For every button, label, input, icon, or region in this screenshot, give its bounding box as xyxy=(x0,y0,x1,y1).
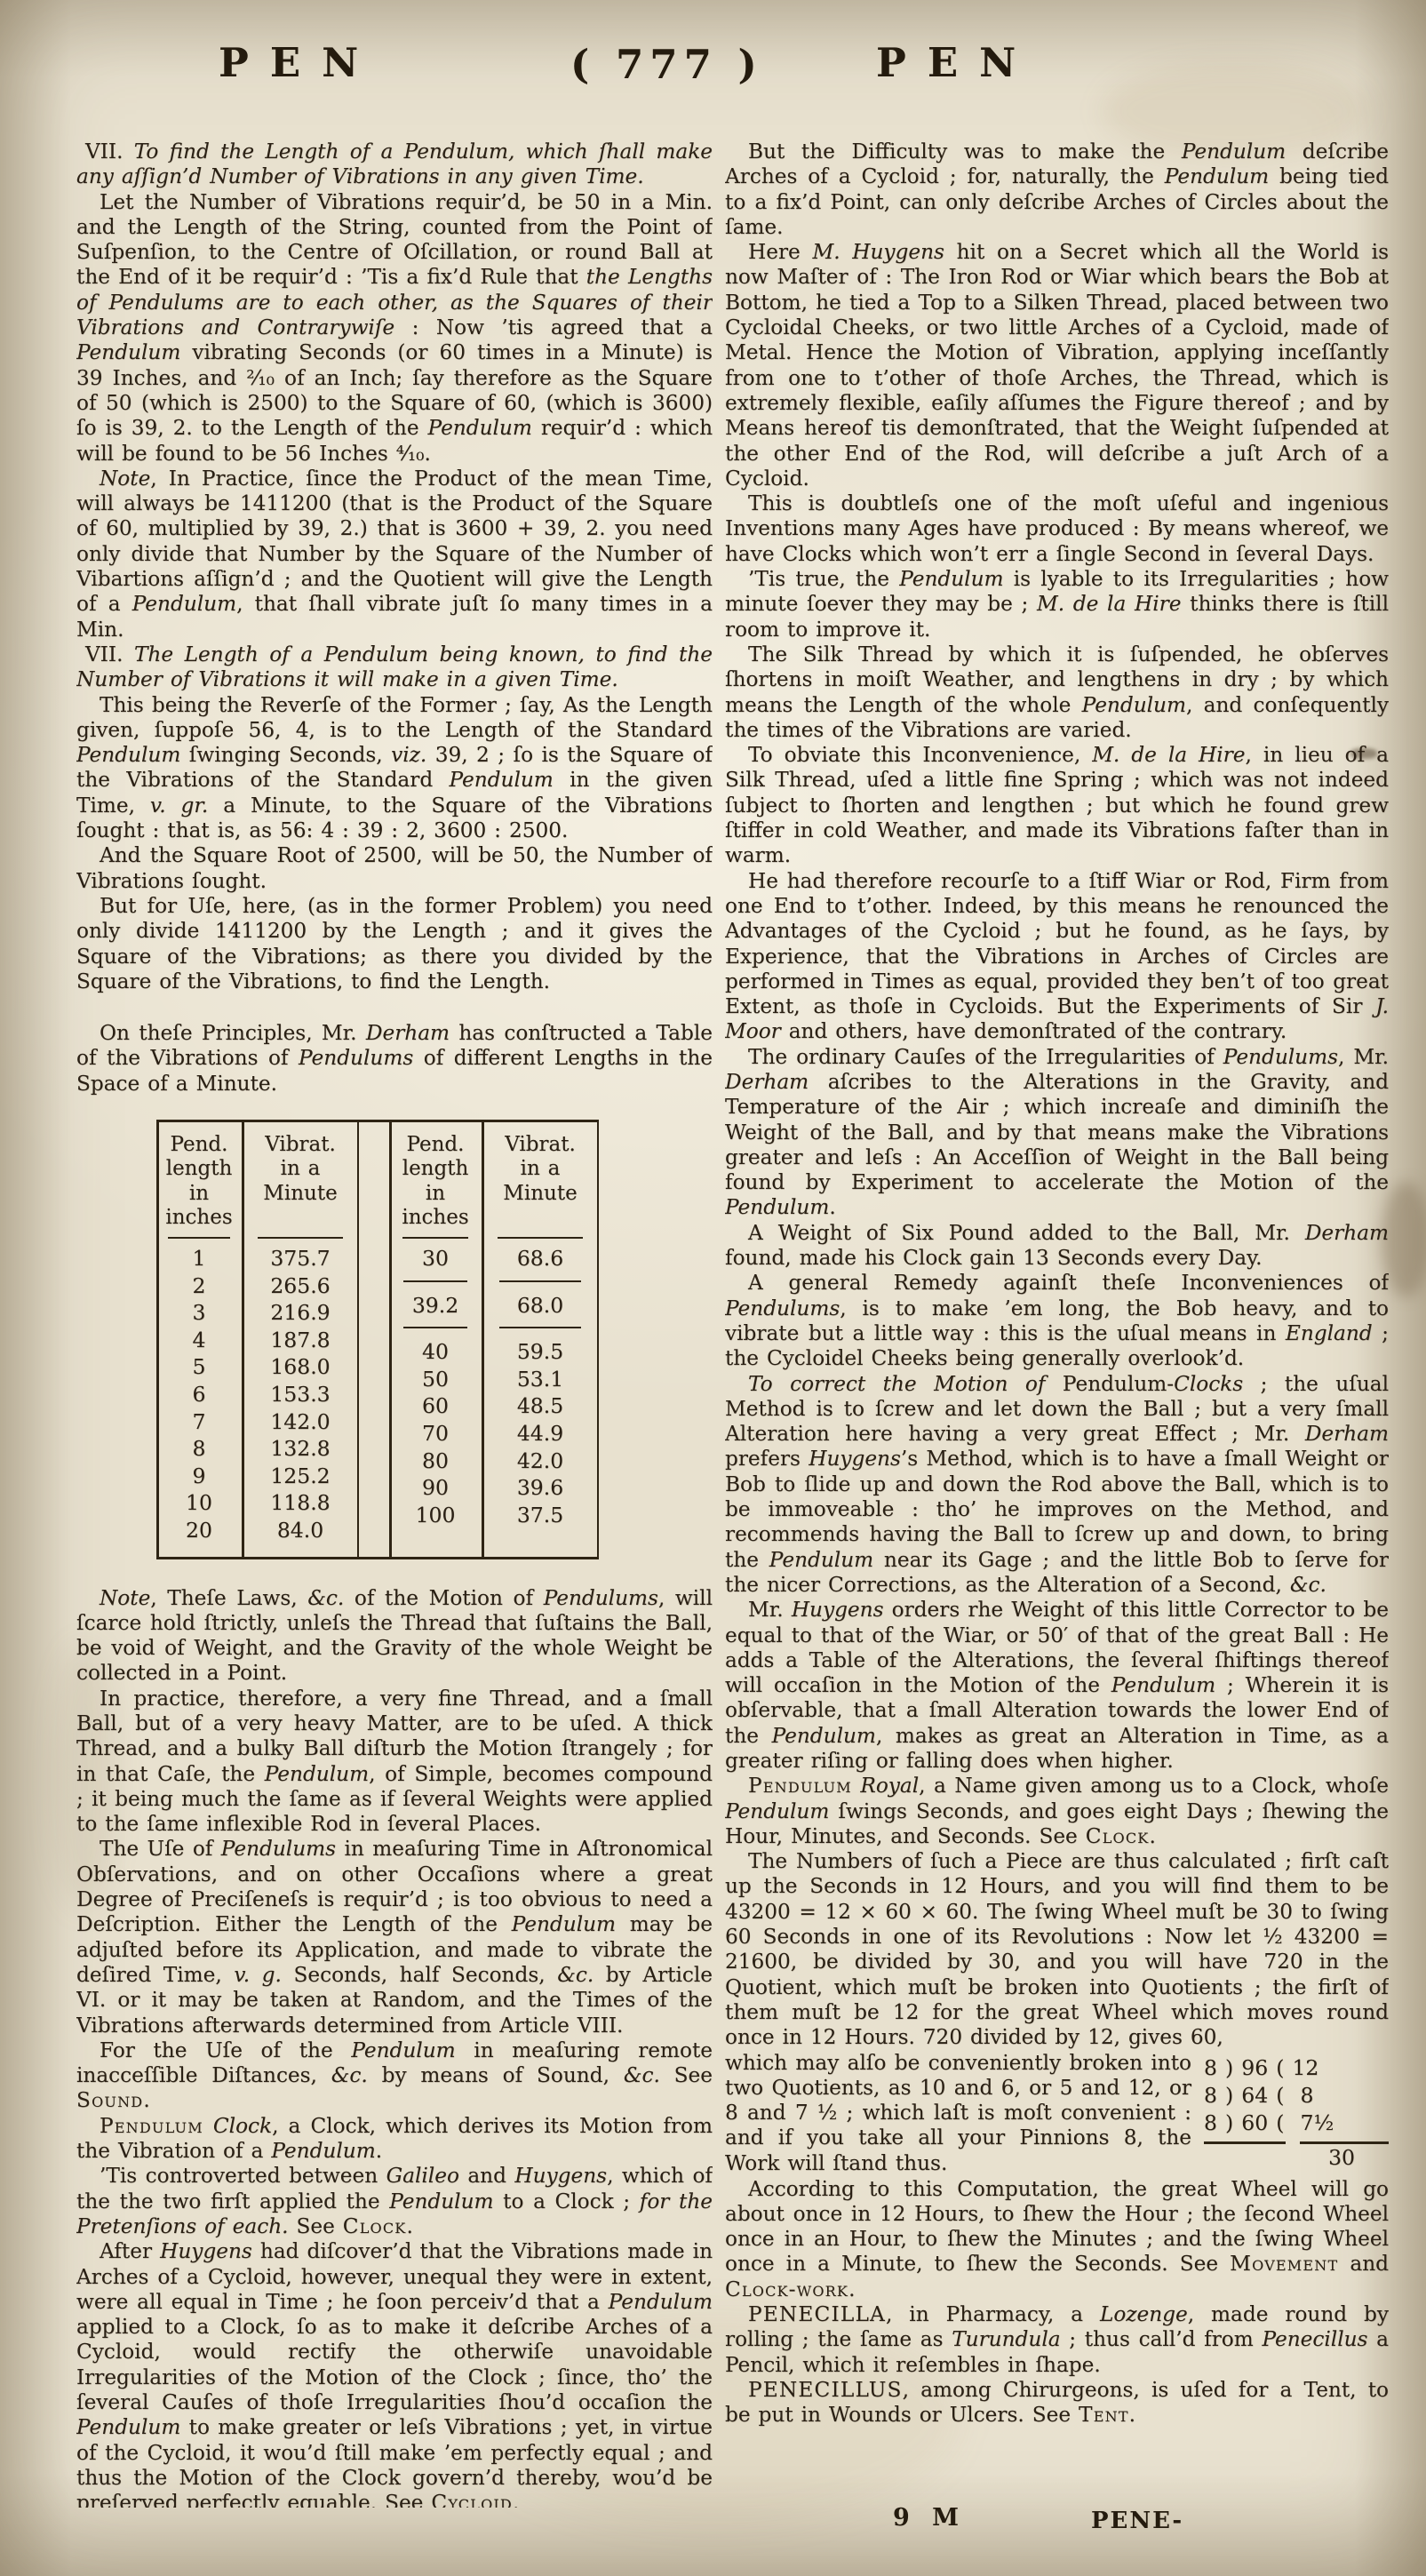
table-cell: 53.1 xyxy=(482,1366,599,1393)
paragraph: He had therefore recourſe to a ſtiff Wia… xyxy=(725,869,1389,1045)
paragraph: Note, In Practice, ſince the Product of … xyxy=(76,467,713,642)
text-run: To correct the Motion of xyxy=(748,1372,1045,1396)
text-run: But the Difficulty was to make the xyxy=(748,140,1182,163)
paragraph: To obviate this Inconvenience, M. de la … xyxy=(725,743,1389,868)
text-run: On theſe Principles, Mr. xyxy=(100,1021,366,1045)
table-header-line: Vibrat. xyxy=(242,1133,359,1158)
text-run: Pendulum xyxy=(725,1195,829,1219)
text-run: Clock xyxy=(213,2114,272,2138)
text-run: ’Tis controverted between xyxy=(100,2164,386,2188)
paragraph: Note, Theſe Laws, &c. of the Motion of P… xyxy=(76,1586,713,1687)
table-header-rule xyxy=(498,1237,582,1239)
text-run: v. gr. xyxy=(150,794,208,817)
text-run: For the Uſe of the xyxy=(100,2038,351,2062)
paragraph: Pendulum Royal, a Name given among us to… xyxy=(725,1774,1389,1849)
text-run: &c. xyxy=(1290,1573,1326,1597)
text-run: Clock xyxy=(1086,1824,1150,1848)
paragraph: PENECILLA, in Pharmacy, a Lozenge, made … xyxy=(725,2302,1389,2378)
text-run: Pendulum xyxy=(100,2114,203,2138)
text-run: See xyxy=(289,2214,343,2238)
text-run: which may alſo be conveniently broken in… xyxy=(725,2051,1191,2175)
text-run: Derham xyxy=(366,1021,450,1045)
header-keyword-right: PEN xyxy=(876,39,1037,86)
text-run: Turundula xyxy=(952,2327,1060,2351)
text-run: Pendulum xyxy=(1165,164,1269,188)
table-cell: 59.5 xyxy=(482,1338,599,1366)
paragraph: In practice, therefore, a very fine Thre… xyxy=(76,1687,713,1838)
table-header-line: length xyxy=(389,1157,482,1182)
table-header-line: in a xyxy=(242,1157,359,1182)
table-row: 8132.8 xyxy=(156,1435,359,1463)
table-separator-row xyxy=(389,1272,599,1292)
table-row: 10118.8 xyxy=(156,1489,359,1517)
text-run: and xyxy=(459,2164,515,2188)
table-cell: 8 xyxy=(156,1435,242,1463)
text-run: England xyxy=(1286,1321,1373,1345)
table-cell: 44.9 xyxy=(482,1420,599,1448)
text-run: Pendulum- xyxy=(1045,1372,1174,1396)
text-run: , in Pharmacy, a xyxy=(886,2302,1100,2326)
text-run: hit on a Secret which all the World is n… xyxy=(725,240,1389,490)
text-run: Mr. xyxy=(748,1598,792,1622)
text-run: Pendulum xyxy=(1082,693,1186,717)
division-rule-left xyxy=(1204,2141,1286,2144)
table-cell: 39.2 xyxy=(389,1292,482,1320)
text-run: . xyxy=(1129,2403,1135,2427)
division-result: 30 xyxy=(1204,2144,1389,2172)
text-run: &c. xyxy=(624,2063,660,2087)
table-header-line: Minute xyxy=(242,1182,359,1207)
paragraph: Pendulum Clock, a Clock, which derives i… xyxy=(76,2114,713,2165)
table-header-text: Vibrat.in aMinute xyxy=(482,1129,599,1207)
table-cell: 1 xyxy=(156,1245,242,1272)
table-header-line: inches xyxy=(389,1206,482,1231)
text-run: Pendulum xyxy=(449,768,553,792)
table-row: 9125.2 xyxy=(156,1463,359,1490)
table-cell: 80 xyxy=(389,1448,482,1475)
text-run: by means of Sound, xyxy=(368,2063,624,2087)
text-run: Pendulum xyxy=(1182,140,1286,163)
left-column: VII. To find the Length of a Pendulum, w… xyxy=(76,140,713,2508)
table-header-line: length xyxy=(156,1157,242,1182)
table-header-rule xyxy=(168,1237,229,1239)
text-run: The Uſe of xyxy=(100,1837,221,1861)
paragraph: Mr. Huygens orders rhe Weight of this li… xyxy=(725,1598,1389,1774)
table-cell: 9 xyxy=(156,1463,242,1490)
paragraph: Here M. Huygens hit on a Secret which al… xyxy=(725,240,1389,491)
table-header-cell: Vibrat.in aMinute xyxy=(482,1129,599,1245)
text-run: Pendulum xyxy=(389,2189,493,2213)
text-run: A general Remedy againſt theſe Inconveni… xyxy=(748,1271,1389,1295)
text-run: Royal xyxy=(860,1774,919,1798)
table-row: 5053.1 xyxy=(389,1366,599,1393)
paragraph: According to this Computation, the great… xyxy=(725,2177,1389,2302)
paragraph: But the Difficulty was to make the Pendu… xyxy=(725,140,1389,240)
table-row: 7142.0 xyxy=(156,1408,359,1436)
text-run: : Now ’tis agreed that a xyxy=(394,315,713,339)
table-cell: 37.5 xyxy=(482,1502,599,1529)
text-run: Derham xyxy=(1305,1422,1389,1446)
paragraph: For the Uſe of the Pendulum in meaſuring… xyxy=(76,2038,713,2114)
right-column: But the Difficulty was to make the Pendu… xyxy=(725,140,1389,2521)
text-run: . xyxy=(376,2139,382,2163)
text-run: M. de la Hire xyxy=(1092,743,1245,767)
text-run: Pendulum xyxy=(76,340,180,364)
text-run: This being the Reverſe of the Former ; ſ… xyxy=(76,693,713,742)
table-cell: 40 xyxy=(389,1338,482,1366)
text-run: , Theſe Laws, xyxy=(150,1586,307,1610)
text-run xyxy=(852,1774,861,1798)
table-header-line: in xyxy=(389,1182,482,1207)
table-cell: 68.6 xyxy=(482,1245,599,1272)
table-vertical-rule xyxy=(597,1122,600,1557)
table-row: 39.268.0 xyxy=(389,1292,599,1320)
table-cell: 118.8 xyxy=(242,1489,359,1517)
text-run: Movement xyxy=(1230,2252,1338,2276)
text-run: Pendulums xyxy=(544,1586,658,1610)
text-run: . xyxy=(513,2491,519,2508)
table-header-line: Pend. xyxy=(389,1133,482,1158)
text-run: and others, have demonſtrated of the con… xyxy=(781,1019,1287,1043)
text-run: &c. xyxy=(307,1586,344,1610)
paragraph: But for Uſe, here, (as in the former Pro… xyxy=(76,894,713,994)
division-line: 8 ) 64 ( 8 xyxy=(1204,2082,1389,2109)
paragraph: 8 ) 96 ( 128 ) 64 ( 88 ) 60 ( 7½30which … xyxy=(725,2051,1389,2176)
text-run: He had therefore recourſe to a ſtiff Wia… xyxy=(725,869,1389,1018)
text-run: And the Square Root of 2500, will be 50,… xyxy=(76,843,713,892)
table-separator-cell xyxy=(482,1319,599,1338)
text-run: Galileo xyxy=(386,2164,459,2188)
table-cell: 3 xyxy=(156,1299,242,1327)
long-division-figure: 8 ) 96 ( 128 ) 64 ( 88 ) 60 ( 7½30 xyxy=(1204,2054,1389,2172)
table-cell: 70 xyxy=(389,1420,482,1448)
table-row: 2084.0 xyxy=(156,1517,359,1544)
text-run: applied to a Clock, ſo as to make it deſ… xyxy=(76,2315,713,2414)
table-cell: 84.0 xyxy=(242,1517,359,1544)
header-keyword-left: PEN xyxy=(219,39,379,86)
text-run: &c. xyxy=(557,1963,594,1987)
text-run: To obviate this Inconvenience, xyxy=(748,743,1092,767)
text-run: Here xyxy=(748,240,812,264)
paragraph: The Uſe of Pendulums in meaſuring Time i… xyxy=(76,1837,713,2038)
table-header-line: Pend. xyxy=(156,1133,242,1158)
paragraph: A Weight of Six Pound added to the Ball,… xyxy=(725,1221,1389,1272)
table-separator-cell xyxy=(482,1272,599,1292)
table-gap xyxy=(359,1129,389,1544)
table-cell: 7 xyxy=(156,1408,242,1436)
table-cell: 187.8 xyxy=(242,1327,359,1354)
table-vertical-rule xyxy=(242,1122,244,1557)
text-run: PENECILLA xyxy=(748,2302,886,2326)
text-run: VII. xyxy=(85,140,134,163)
text-run: To find the Length of a Pendulum, which … xyxy=(76,140,713,188)
table-row: 5168.0 xyxy=(156,1353,359,1381)
table-header-row: Pend.lengthininchesVibrat.in aMinute xyxy=(389,1129,599,1245)
table-header-cell: Pend.lengthininches xyxy=(389,1129,482,1245)
text-run: Huygens xyxy=(809,1447,901,1471)
text-run: Pendulum xyxy=(748,1774,852,1798)
table-row: 4059.5 xyxy=(389,1338,599,1366)
paragraph: VII. To find the Length of a Pendulum, w… xyxy=(76,140,713,190)
paragraph: VII. The Length of a Pendulum being know… xyxy=(76,642,713,693)
paragraph: The Silk Thread by which it is ſuſpended… xyxy=(725,642,1389,743)
table-cell: 5 xyxy=(156,1353,242,1381)
footer-catchword: PENE- xyxy=(1091,2508,1183,2534)
text-run: Pendulum xyxy=(899,567,1003,591)
table-group: Pend.lengthininchesVibrat.in aMinute1375… xyxy=(156,1129,359,1544)
text-run: . xyxy=(143,2088,149,2112)
table-cell: 30 xyxy=(389,1245,482,1272)
separator-rule xyxy=(499,1280,581,1282)
text-run: Note xyxy=(100,1586,150,1610)
table-cell: 100 xyxy=(389,1502,482,1529)
paragraph: After Huygens had diſcover’d that the Vi… xyxy=(76,2239,713,2508)
text-run: v. g. xyxy=(234,1963,282,1987)
paragraph: On theſe Principles, Mr. Derham has conſ… xyxy=(76,1021,713,1097)
text-run: But for Uſe, here, (as in the former Pro… xyxy=(76,894,713,993)
table-cell: 153.3 xyxy=(242,1381,359,1408)
table-row: 2265.6 xyxy=(156,1272,359,1300)
paragraph: A general Remedy againſt theſe Inconveni… xyxy=(725,1271,1389,1371)
text-run: After xyxy=(100,2239,160,2263)
table-row: 6153.3 xyxy=(156,1381,359,1408)
table-cell: 68.0 xyxy=(482,1292,599,1320)
table-vertical-rule xyxy=(389,1122,392,1557)
text-run: viz. xyxy=(391,743,426,767)
text-run: Pendulum xyxy=(512,1912,616,1936)
table-vertical-rule xyxy=(482,1122,484,1557)
text-run: prefers xyxy=(725,1447,809,1471)
text-run: See xyxy=(660,2063,713,2087)
text-run: Pendulum xyxy=(769,1548,873,1572)
text-run: Pendulum xyxy=(1111,1673,1215,1697)
text-run: Huygens xyxy=(792,1598,884,1622)
table-cell: 50 xyxy=(389,1366,482,1393)
text-run: Pendulums xyxy=(1223,1045,1338,1069)
text-run: Penecillus xyxy=(1262,2327,1367,2351)
footer-signature-mark: 9 M xyxy=(893,2504,966,2532)
table-header-rule xyxy=(258,1237,342,1239)
text-run: Pendulum xyxy=(725,1799,829,1823)
text-run: Huygens xyxy=(514,2164,607,2188)
division-line: 8 ) 96 ( 12 xyxy=(1204,2054,1389,2082)
table-cell: 125.2 xyxy=(242,1463,359,1490)
text-run xyxy=(203,2114,213,2138)
table-row: 9039.6 xyxy=(389,1474,599,1502)
text-run: Pendulum xyxy=(265,1762,369,1786)
table-cell: 60 xyxy=(389,1392,482,1420)
text-run: Pendulums xyxy=(221,1837,336,1861)
table-row: 3068.6 xyxy=(389,1245,599,1272)
text-run: Pendulum xyxy=(772,1724,876,1748)
text-run: The ordinary Cauſes of the Irregularitie… xyxy=(748,1045,1223,1069)
table-group: Pend.lengthininchesVibrat.in aMinute3068… xyxy=(389,1129,599,1544)
table-header-line: inches xyxy=(156,1206,242,1231)
text-run: of the Motion of xyxy=(344,1586,543,1610)
table-cell: 168.0 xyxy=(242,1353,359,1381)
text-run: found, made his Clock gain 13 Seconds ev… xyxy=(725,1246,1262,1270)
paragraph: Let the Number of Vibrations requir’d, b… xyxy=(76,190,713,467)
table-row: 1375.7 xyxy=(156,1245,359,1272)
separator-rule xyxy=(403,1327,468,1328)
text-run: VII. xyxy=(85,642,134,666)
paragraph: To correct the Motion of Pendulum-Clocks… xyxy=(725,1372,1389,1599)
table-cell: 375.7 xyxy=(242,1245,359,1272)
table-header-line: in a xyxy=(482,1157,599,1182)
text-run: Note xyxy=(100,467,150,490)
table-cell: 216.9 xyxy=(242,1299,359,1327)
text-run: &c. xyxy=(331,2063,368,2087)
text-run: Derham xyxy=(725,1070,809,1094)
text-run: Cycloid xyxy=(431,2491,513,2508)
table-header-cell: Pend.lengthininches xyxy=(156,1129,242,1245)
text-run: Seconds, half Seconds, xyxy=(282,1963,557,1987)
separator-rule xyxy=(403,1280,468,1282)
table-cell: 10 xyxy=(156,1489,242,1517)
table-header-line: in xyxy=(156,1182,242,1207)
table-cell: 20 xyxy=(156,1517,242,1544)
text-run: This is doubtleſs one of the moſt uſeful… xyxy=(725,491,1389,566)
table-vertical-rule xyxy=(357,1122,360,1557)
text-run: PENECILLUS xyxy=(748,2378,903,2402)
paragraph: The Numbers of ſuch a Piece are thus cal… xyxy=(725,1849,1389,2050)
table-cell: 48.5 xyxy=(482,1392,599,1420)
table-row: 10037.5 xyxy=(389,1502,599,1529)
text-run: Pendulum xyxy=(76,743,180,767)
division-line: 8 ) 60 ( 7½ xyxy=(1204,2109,1389,2137)
table-vertical-rule xyxy=(156,1122,159,1557)
text-run: The Length of a Pendulum being known, to… xyxy=(76,642,713,691)
table-row: 7044.9 xyxy=(389,1420,599,1448)
table-cell: 39.6 xyxy=(482,1474,599,1502)
table-header-text: Vibrat.in aMinute xyxy=(242,1129,359,1207)
text-run: aſcribes to the Alterations in the Gravi… xyxy=(725,1070,1389,1194)
text-run: The Numbers of ſuch a Piece are thus cal… xyxy=(725,1849,1389,2049)
paragraph: ’Tis true, the Pendulum is lyable to its… xyxy=(725,567,1389,642)
text-run: . xyxy=(848,2277,855,2301)
pendulum-vibration-table: Pend.lengthininchesVibrat.in aMinute1375… xyxy=(156,1120,599,1559)
text-run: Clock xyxy=(343,2214,407,2238)
text-run: . xyxy=(1149,1824,1155,1848)
table-cell: 42.0 xyxy=(482,1448,599,1475)
table-row: 3216.9 xyxy=(156,1299,359,1327)
text-run: ſwinging Seconds, xyxy=(180,743,391,767)
text-run: Pendulum xyxy=(609,2290,713,2314)
text-run: Clock-work xyxy=(725,2277,848,2301)
text-run: Tent xyxy=(1079,2403,1129,2427)
text-run: A Weight of Six Pound added to the Ball,… xyxy=(748,1221,1305,1245)
paragraph: ’Tis controverted between Galileo and Hu… xyxy=(76,2164,713,2239)
text-run: Pendulums xyxy=(725,1296,840,1320)
text-run: ’Tis true, the xyxy=(748,567,899,591)
text-run: Pendulums xyxy=(299,1046,413,1070)
table-cell: 132.8 xyxy=(242,1435,359,1463)
paragraph: This being the Reverſe of the Former ; ſ… xyxy=(76,693,713,844)
page-number: ( 777 ) xyxy=(570,41,763,88)
text-run: M. Huygens xyxy=(812,240,944,264)
paragraph: PENECILLUS, among Chirurgeons, is uſed f… xyxy=(725,2378,1389,2428)
table-header-line: Vibrat. xyxy=(482,1133,599,1158)
text-run: Pendulum xyxy=(271,2139,375,2163)
text-run: to a Clock ; xyxy=(494,2189,640,2213)
text-run: . xyxy=(829,1195,835,1219)
text-run: Pendulum xyxy=(428,416,532,440)
text-run: M. de la Hire xyxy=(1037,592,1181,616)
table-row: 4187.8 xyxy=(156,1327,359,1354)
text-run: ; thus call’d from xyxy=(1061,2327,1263,2351)
text-run: , a Name given among us to a Clock, whoſ… xyxy=(919,1774,1389,1798)
text-run: , Mr. xyxy=(1338,1045,1389,1069)
table-header-row: Pend.lengthininchesVibrat.in aMinute xyxy=(156,1129,359,1245)
text-run: Lozenge xyxy=(1100,2302,1188,2326)
text-run: Clocks xyxy=(1174,1372,1243,1396)
table-cell: 90 xyxy=(389,1474,482,1502)
table-cell: 142.0 xyxy=(242,1408,359,1436)
table-cell: 2 xyxy=(156,1272,242,1300)
text-run: Sound xyxy=(76,2088,143,2112)
text-run: Derham xyxy=(1305,1221,1389,1245)
table-separator-cell xyxy=(389,1272,482,1292)
paragraph: And the Square Root of 2500, will be 50,… xyxy=(76,843,713,894)
table-header-cell: Vibrat.in aMinute xyxy=(242,1129,359,1245)
table-separator-cell xyxy=(389,1319,482,1338)
text-run: and xyxy=(1338,2252,1389,2276)
table-header-rule xyxy=(402,1237,469,1239)
table-header-text: Pend.lengthininches xyxy=(156,1129,242,1231)
text-run: Huygens xyxy=(160,2239,252,2263)
table-cell: 6 xyxy=(156,1381,242,1408)
table-cell: 4 xyxy=(156,1327,242,1354)
table-header-text: Pend.lengthininches xyxy=(389,1129,482,1231)
text-run: Pendulum xyxy=(132,592,236,616)
table-header-line: Minute xyxy=(482,1182,599,1207)
paragraph: The ordinary Cauſes of the Irregularitie… xyxy=(725,1045,1389,1221)
paragraph: This is doubtleſs one of the moſt uſeful… xyxy=(725,491,1389,567)
separator-rule xyxy=(499,1327,581,1328)
table-separator-row xyxy=(389,1319,599,1338)
table-cell: 265.6 xyxy=(242,1272,359,1300)
text-run: Pendulum xyxy=(351,2038,455,2062)
table-row: 8042.0 xyxy=(389,1448,599,1475)
text-run: . xyxy=(406,2214,412,2238)
text-run: Pendulum xyxy=(76,2415,180,2439)
table-row: 6048.5 xyxy=(389,1392,599,1420)
scanned-encyclopedia-page: PEN ( 777 ) PEN VII. To find the Length … xyxy=(0,0,1426,2576)
